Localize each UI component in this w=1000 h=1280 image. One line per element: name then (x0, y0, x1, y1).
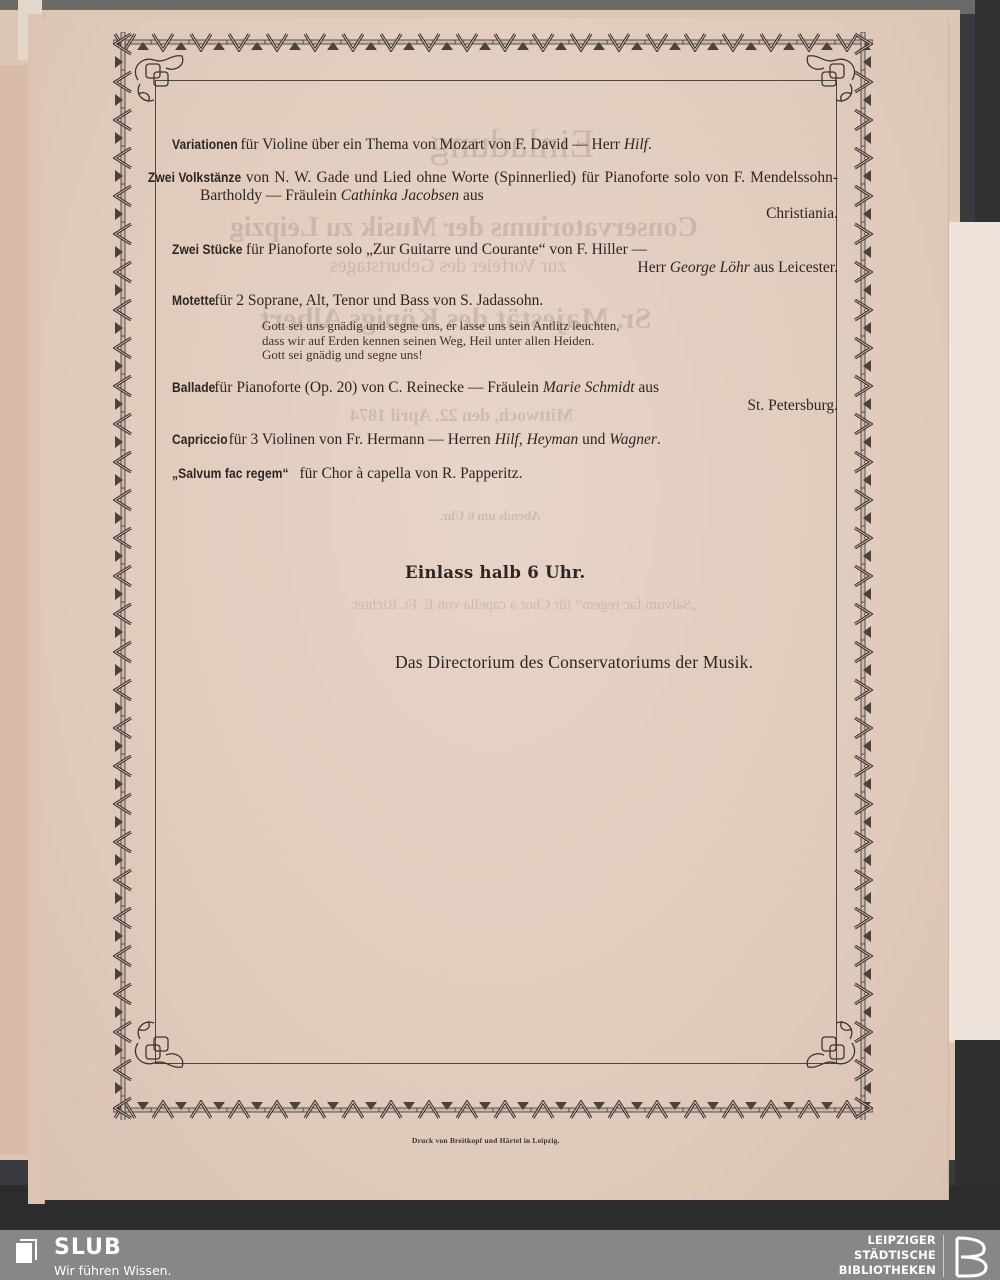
lsb-line: BIBLIOTHEKEN (839, 1263, 936, 1278)
program-entry: Zwei Volkstänze von N. W. Gade und Lied … (172, 168, 838, 223)
admission-time: Einlass halb 6 Uhr. (405, 563, 586, 582)
zigzag-border-left (113, 32, 133, 1120)
entry-text: für Chor à capella von R. Papperitz. (300, 465, 523, 482)
celtic-knot-ornament-icon (130, 50, 188, 108)
right-paper-slip (948, 222, 1000, 1042)
entry-punct: und (578, 431, 609, 448)
slub-tagline: Wir führen Wissen. (54, 1263, 172, 1278)
zigzag-border-top (113, 32, 873, 52)
verse-line: Gott sei gnädig und segne uns! (262, 348, 619, 363)
signature-line: Das Directorium des Conservatoriums der … (395, 652, 753, 673)
verse-line: Gott sei uns gnädig und segne uns, er la… (262, 319, 619, 334)
celtic-knot-ornament-icon (802, 50, 860, 108)
program-entry: Ballade für Pianoforte (Op. 20) von C. R… (172, 378, 838, 415)
program-entry: „Salvum fac regem“ für Chor à capella vo… (172, 464, 838, 483)
entry-text: aus Leicester. (750, 259, 838, 276)
entry-title: „Salvum fac regem“ (172, 464, 289, 482)
entry-continuation: St. Petersburg. (172, 397, 838, 415)
performer: George Löhr (670, 259, 750, 276)
entry-text: für Pianoforte solo „Zur Guitarre und Co… (246, 241, 647, 258)
verse-line: dass wir auf Erden kennen seinen Weg, He… (262, 334, 619, 349)
slub-brand[interactable]: SLUB (54, 1235, 122, 1260)
lsb-line: STÄDTISCHE (839, 1248, 936, 1263)
entry-title: Capriccio (172, 430, 228, 448)
entry-punct: aus (459, 187, 484, 204)
entry-title: Ballade (172, 378, 215, 396)
program-entry: Motette für 2 Soprane, Alt, Tenor und Ba… (172, 291, 838, 310)
scan-background (975, 0, 1000, 222)
program-entry: Variationen für Violine über ein Thema v… (172, 135, 838, 154)
entry-title: Zwei Volkstänze (172, 168, 241, 186)
performer: Wagner (609, 431, 657, 448)
performer: Hilf (624, 136, 648, 153)
zigzag-border-right (853, 32, 873, 1120)
entry-text: für Violine über ein Thema von Mozart vo… (240, 136, 623, 153)
entry-text: Herr (638, 259, 670, 276)
printer-imprint: Druck von Breitkopf und Härtel in Leipzi… (412, 1136, 560, 1145)
entry-text: von N. W. Gade und Lied ohne Worte (Spin… (200, 169, 838, 204)
motette-verse: Gott sei uns gnädig und segne uns, er la… (262, 319, 619, 363)
footer-bar: SLUB Wir führen Wissen. LEIPZIGER STÄDTI… (0, 1230, 1000, 1280)
performer: Heyman (527, 431, 579, 448)
lsb-b-logo-icon[interactable] (953, 1235, 993, 1279)
entry-title: Motette (172, 291, 215, 309)
entry-punct: . (657, 431, 661, 448)
performer: Hilf (495, 431, 519, 448)
program-entry: Capriccio für 3 Violinen von Fr. Hermann… (172, 430, 838, 449)
performer: Cathinka Jacobsen (341, 187, 459, 204)
entry-punct: , (519, 431, 527, 448)
program-entry: Zwei Stücke für Pianoforte solo „Zur Gui… (172, 240, 838, 277)
entry-continuation: Christiania. (172, 205, 838, 223)
celtic-knot-ornament-icon (802, 1015, 860, 1073)
logo-divider (943, 1235, 944, 1277)
entry-title: Zwei Stücke (172, 240, 243, 258)
lsb-line: LEIPZIGER (839, 1233, 936, 1248)
entry-title: Variationen (172, 135, 238, 153)
entry-text: für 2 Soprane, Alt, Tenor und Bass von S… (214, 292, 543, 309)
celtic-knot-ornament-icon (130, 1015, 188, 1073)
slub-book-logo-icon[interactable] (14, 1238, 40, 1264)
entry-punct: aus (635, 379, 660, 396)
lsb-brand[interactable]: LEIPZIGER STÄDTISCHE BIBLIOTHEKEN (839, 1233, 936, 1278)
scan-viewport: Einladung Conservatoriums der Musik zu L… (0, 0, 1000, 1230)
zigzag-border-bottom (113, 1100, 873, 1120)
performer: Marie Schmidt (543, 379, 635, 396)
entry-text: für 3 Violinen von Fr. Hermann — Herren (229, 431, 495, 448)
entry-punct: . (648, 136, 652, 153)
entry-text: für Pianoforte (Op. 20) von C. Reinecke … (214, 379, 542, 396)
